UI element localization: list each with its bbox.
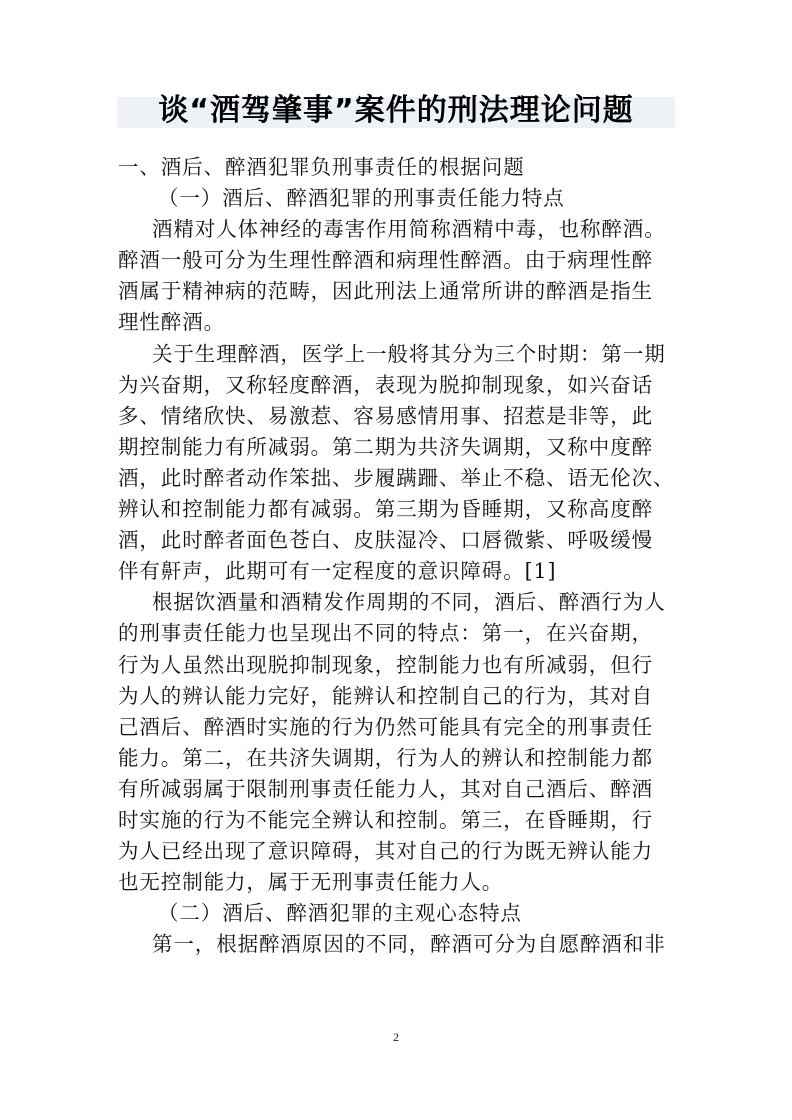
page-number: 2 [0, 1030, 792, 1045]
document-page: 谈“酒驾肇事”案件的刑法理论问题 一、酒后、醉酒犯罪负刑事责任的根据问题（一）酒… [0, 0, 792, 1120]
text-line: 为人已经出现了意识障碍，其对自己的行为既无辨认能力 [118, 836, 663, 867]
text-line: 酒，此时醉者面色苍白、皮肤湿冷、口唇微紫、呼吸缓慢 [118, 525, 663, 556]
text-line: 时实施的行为不能完全辨认和控制。第三，在昏睡期，行 [118, 805, 663, 836]
text-line: 酒精对人体神经的毒害作用简称酒精中毒，也称醉酒。 [118, 214, 663, 245]
text-line: 的刑事责任能力也呈现出不同的特点：第一，在兴奋期， [118, 618, 663, 649]
text-line: 多、情绪欣快、易激惹、容易感情用事、招惹是非等，此 [118, 401, 663, 432]
subsection-heading: （一）酒后、醉酒犯罪的刑事责任能力特点 [118, 183, 663, 214]
text-line: 为人的辨认能力完好，能辨认和控制自己的行为，其对自 [118, 681, 663, 712]
text-line: 辨认和控制能力都有减弱。第三期为昏睡期，又称高度醉 [118, 494, 663, 525]
text-line: 期控制能力有所减弱。第二期为共济失调期，又称中度醉 [118, 432, 663, 463]
subsection-heading: （二）酒后、醉酒犯罪的主观心态特点 [118, 898, 663, 929]
text-line: 酒属于精神病的范畴，因此刑法上通常所讲的醉酒是指生 [118, 276, 663, 307]
text-line: 有所减弱属于限制刑事责任能力人，其对自己酒后、醉酒 [118, 774, 663, 805]
text-line: 第一，根据醉酒原因的不同，醉酒可分为自愿醉酒和非 [118, 929, 663, 960]
text-line: 能力。第二，在共济失调期，行为人的辨认和控制能力都 [118, 743, 663, 774]
text-line: 理性醉酒。 [118, 307, 663, 338]
text-line: 伴有鼾声，此期可有一定程度的意识障碍。[1] [118, 556, 663, 587]
text-line: 行为人虽然出现脱抑制现象，控制能力也有所减弱，但行 [118, 650, 663, 681]
text-line: 酒，此时醉者动作笨拙、步履蹒跚、举止不稳、语无伦次、 [118, 463, 663, 494]
document-body: 一、酒后、醉酒犯罪负刑事责任的根据问题（一）酒后、醉酒犯罪的刑事责任能力特点酒精… [118, 152, 663, 960]
document-title: 谈“酒驾肇事”案件的刑法理论问题 [117, 88, 675, 134]
text-line: 己酒后、醉酒时实施的行为仍然可能具有完全的刑事责任 [118, 712, 663, 743]
text-line: 根据饮酒量和酒精发作周期的不同，酒后、醉酒行为人 [118, 587, 663, 618]
text-line: 为兴奋期，又称轻度醉酒，表现为脱抑制现象，如兴奋话 [118, 370, 663, 401]
text-line: 关于生理醉酒，医学上一般将其分为三个时期：第一期 [118, 339, 663, 370]
text-line: 也无控制能力，属于无刑事责任能力人。 [118, 867, 663, 898]
text-line: 醉酒一般可分为生理性醉酒和病理性醉酒。由于病理性醉 [118, 245, 663, 276]
section-heading: 一、酒后、醉酒犯罪负刑事责任的根据问题 [118, 152, 663, 183]
